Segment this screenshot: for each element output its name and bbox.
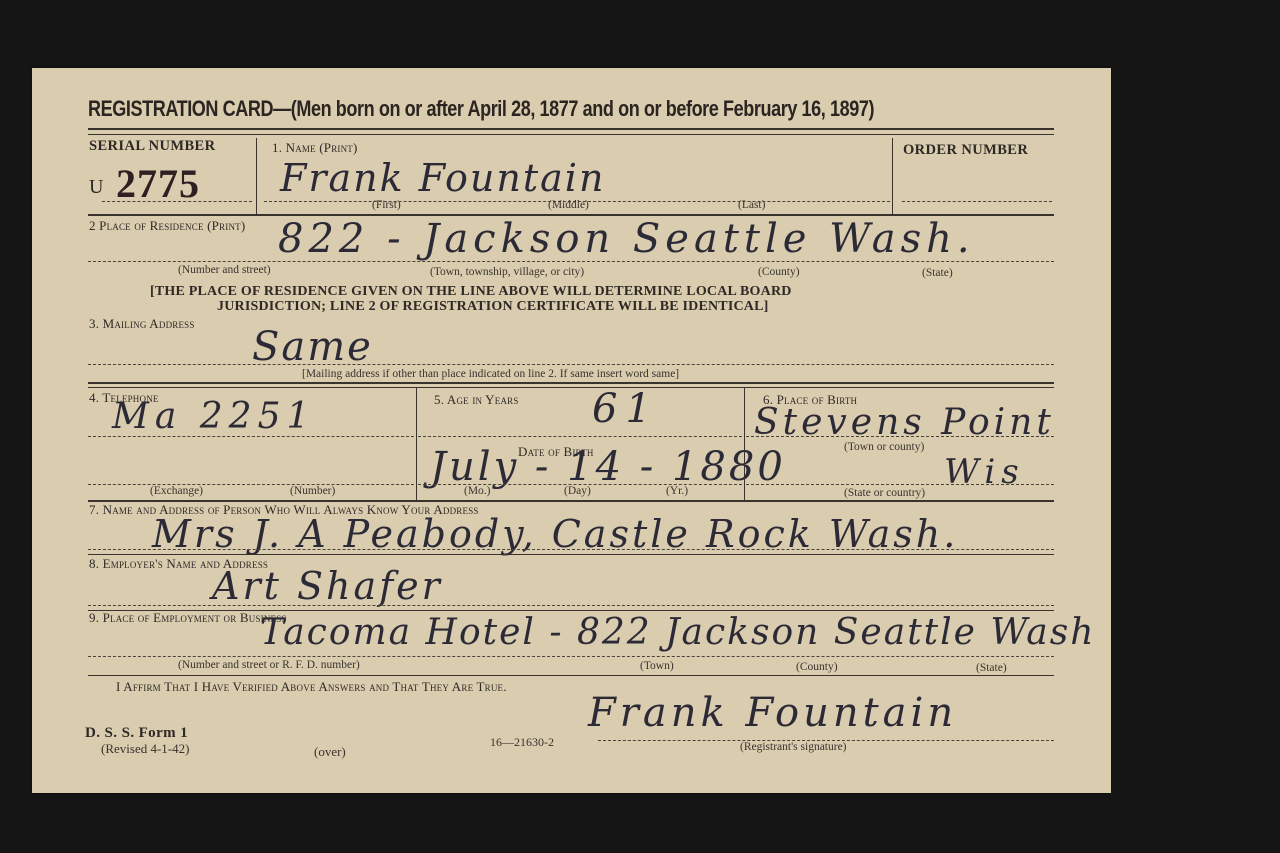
mailing-label: 3. Mailing Address [89, 316, 195, 332]
birthplace-state: Wis [944, 452, 1025, 492]
registration-card: REGISTRATION CARD—(Men born on or after … [32, 68, 1111, 793]
residence-notice-2: JURISDICTION; LINE 2 OF REGISTRATION CER… [217, 299, 769, 315]
residence-notice-1: [THE PLACE OF RESIDENCE GIVEN ON THE LIN… [150, 284, 792, 300]
employer-value: Art Shafer [212, 564, 443, 608]
form-revised: (Revised 4-1-42) [101, 741, 189, 757]
employment-sub-county: (County) [796, 661, 838, 673]
employment-sub-street: (Number and street or R. F. D. number) [178, 659, 360, 671]
affirmation-text: I Affirm That I Have Verified Above Answ… [116, 679, 507, 695]
telephone-sub-number: (Number) [290, 485, 335, 497]
birthplace-dash-2 [746, 484, 1054, 485]
mailing-note: [Mailing address if other than place ind… [302, 368, 679, 380]
residence-sub-county: (County) [758, 266, 800, 278]
card-title: REGISTRATION CARD—(Men born on or after … [88, 96, 874, 122]
age-dash [418, 436, 742, 437]
telephone-dash-1 [88, 436, 414, 437]
name-sub-middle: (Middle) [548, 199, 589, 211]
order-dash [902, 201, 1052, 202]
employer-dash [88, 605, 1054, 606]
residence-sub-state: (State) [922, 267, 953, 279]
serial-number-value: 2775 [116, 160, 200, 207]
birthplace-dash-1 [746, 436, 1054, 437]
contact-dash [88, 549, 1054, 550]
mailing-dash [88, 364, 1054, 365]
rule-row3 [88, 382, 1054, 384]
telephone-value: Ma 2251 [112, 396, 315, 437]
employment-value: Tacoma Hotel - 822 Jackson Seattle Wash [260, 612, 1095, 653]
order-divider [892, 138, 893, 216]
employment-label: 9. Place of Employment or Business [89, 610, 287, 626]
dob-sub-day: (Day) [564, 485, 591, 497]
birthplace-sub-state: (State or country) [844, 487, 925, 499]
residence-label: 2 Place of Residence (Print) [89, 218, 245, 234]
employment-sub-town: (Town) [640, 660, 674, 672]
serial-number-label: SERIAL NUMBER [89, 138, 215, 155]
order-number-label: ORDER NUMBER [903, 142, 1028, 159]
signature-label: (Registrant's signature) [740, 741, 847, 753]
residence-value: 822 - Jackson Seattle Wash. [278, 216, 975, 262]
rule-row3-thin [88, 387, 1054, 388]
telephone-dash-2 [88, 484, 414, 485]
serial-divider [256, 138, 257, 216]
rule-row7 [88, 554, 1054, 555]
age-value: 61 [592, 386, 659, 432]
dob-sub-mo: (Mo.) [464, 485, 491, 497]
name-label: 1. Name (Print) [272, 140, 358, 156]
name-value: Frank Fountain [280, 156, 605, 200]
employment-dash [88, 656, 1054, 657]
employment-sub-state: (State) [976, 662, 1007, 674]
residence-sub-town: (Town, township, village, or city) [430, 266, 584, 278]
telephone-divider [416, 388, 417, 500]
residence-dash [88, 261, 1054, 262]
rule-row9 [88, 675, 1054, 676]
print-code: 16—21630-2 [490, 735, 554, 750]
telephone-sub-exchange: (Exchange) [150, 485, 203, 497]
birthplace-sub-town: (Town or county) [844, 441, 924, 453]
rule-top-thin [88, 134, 1054, 135]
serial-dash [102, 201, 252, 202]
over-note: (over) [314, 744, 346, 760]
rule-top [88, 128, 1054, 130]
age-label: 5. Age in Years [434, 392, 519, 408]
residence-sub-street: (Number and street) [178, 264, 271, 276]
dob-sub-yr: (Yr.) [666, 485, 688, 497]
name-sub-first: (First) [372, 199, 401, 211]
form-id: D. S. S. Form 1 [85, 725, 188, 742]
dob-divider [744, 388, 745, 500]
name-sub-last: (Last) [738, 199, 765, 211]
serial-prefix: U [89, 176, 103, 199]
signature-value: Frank Fountain [588, 690, 957, 736]
